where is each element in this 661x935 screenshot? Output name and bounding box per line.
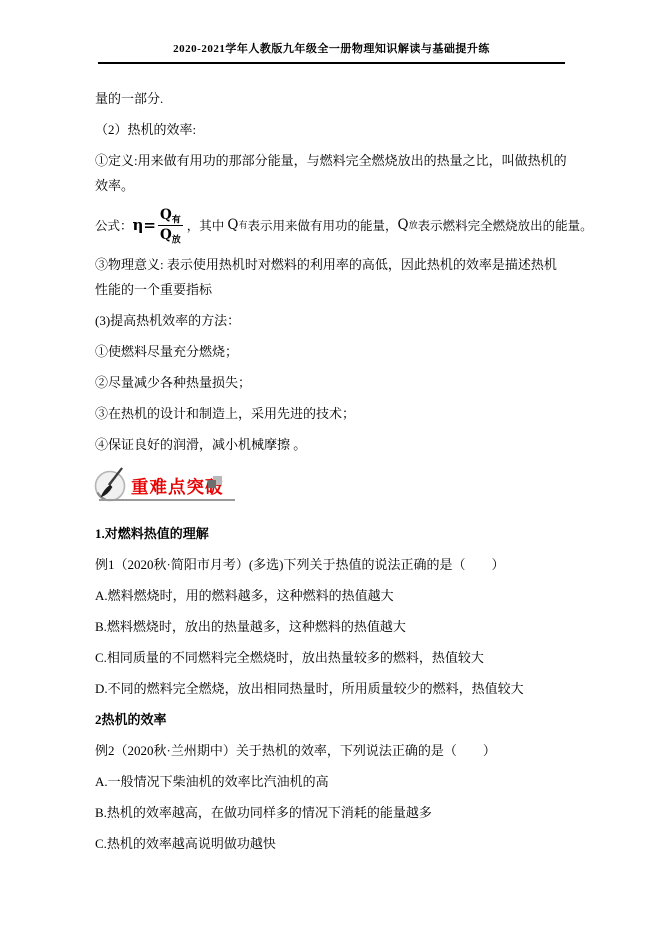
q-useful-symbol: Q <box>160 207 172 223</box>
method-item: ①使燃料尽量充分燃烧； <box>95 339 569 364</box>
option-item: C.相同质量的不同燃料完全燃烧时，放出热量较多的燃料，热值较大 <box>95 645 569 670</box>
formula-eta: η <box>133 216 144 234</box>
breakthrough-badge: 重难点突破 <box>95 467 569 515</box>
option-item: A.燃料燃烧时，用的燃料越多，这种燃料的热值越大 <box>95 583 569 608</box>
formula-text: 表示燃料完全燃烧放出的能量。 <box>418 216 593 234</box>
formula-equals: = <box>143 216 156 234</box>
formula-line: 公式： η = Q有 Q放 ，其中 Q有 表示用来做有用功的能量， Q放 表示燃… <box>95 204 569 246</box>
method-item: ③在热机的设计和制造上，采用先进的技术； <box>95 401 569 426</box>
example-1-question: 例1（2020秋·简阳市月考）(多选)下列关于热值的说法正确的是（ ） <box>95 552 569 577</box>
section-3-title: (3)提高热机效率的方法： <box>95 308 569 333</box>
formula-fraction: Q有 Q放 <box>158 207 183 244</box>
option-item: B.燃料燃烧时，放出的热量越多，这种燃料的热值越大 <box>95 614 569 639</box>
badge-underline <box>99 499 235 501</box>
formula-text: 表示用来做有用功的能量， <box>248 216 398 234</box>
q-released-subscript: 放 <box>172 234 181 244</box>
option-item: D.不同的燃料完全燃烧，放出相同热量时，所用质量较少的燃料，热值较大 <box>95 676 569 701</box>
q-useful-subscript: 有 <box>172 214 181 224</box>
document-body: 量的一部分. （2）热机的效率: ①定义:用来做有用功的那部分能量，与燃料完全燃… <box>95 86 569 862</box>
option-item: B.热机的效率越高，在做功同样多的情况下消耗的能量越多 <box>95 800 569 825</box>
option-item: A.一般情况下柴油机的效率比汽油机的高 <box>95 769 569 794</box>
option-item: C.热机的效率越高说明做功越快 <box>95 831 569 856</box>
physical-meaning: ③物理意义: 表示使用热机时对燃料的利用率的高低，因此热机的效率是描述热机性能的… <box>95 252 569 302</box>
definition-line: ①定义:用来做有用功的那部分能量，与燃料完全燃烧放出的热量之比，叫做热机的效率。 <box>95 148 569 198</box>
topic-1-heading: 1.对燃料热值的理解 <box>95 521 569 546</box>
document-page: { "header": { "title": "2020-2021学年人教版九年… <box>0 0 661 935</box>
method-item: ④保证良好的润滑，减小机械摩擦 。 <box>95 432 569 457</box>
formula-label: 公式： <box>95 216 133 234</box>
topic-2-heading: 2热机的效率 <box>95 707 569 732</box>
section-2-title: （2）热机的效率: <box>95 117 569 142</box>
q-released-inline: Q <box>398 217 409 233</box>
decor-square-dark <box>208 480 216 488</box>
formula-text: ，其中 <box>187 216 228 234</box>
q-released-symbol: Q <box>160 227 172 243</box>
q-useful-inline: Q <box>227 217 238 233</box>
example-2-question: 例2（2020秋·兰州期中）关于热机的效率，下列说法正确的是（ ） <box>95 738 569 763</box>
intro-fragment: 量的一部分. <box>95 86 569 111</box>
header-title: 2020-2021学年人教版九年级全一册物理知识解读与基础提升练 <box>173 43 490 55</box>
method-item: ②尽量减少各种热量损失； <box>95 370 569 395</box>
document-header: 2020-2021学年人教版九年级全一册物理知识解读与基础提升练 <box>98 40 565 64</box>
fraction-denominator: Q放 <box>160 226 181 244</box>
fraction-numerator: Q有 <box>158 207 183 226</box>
